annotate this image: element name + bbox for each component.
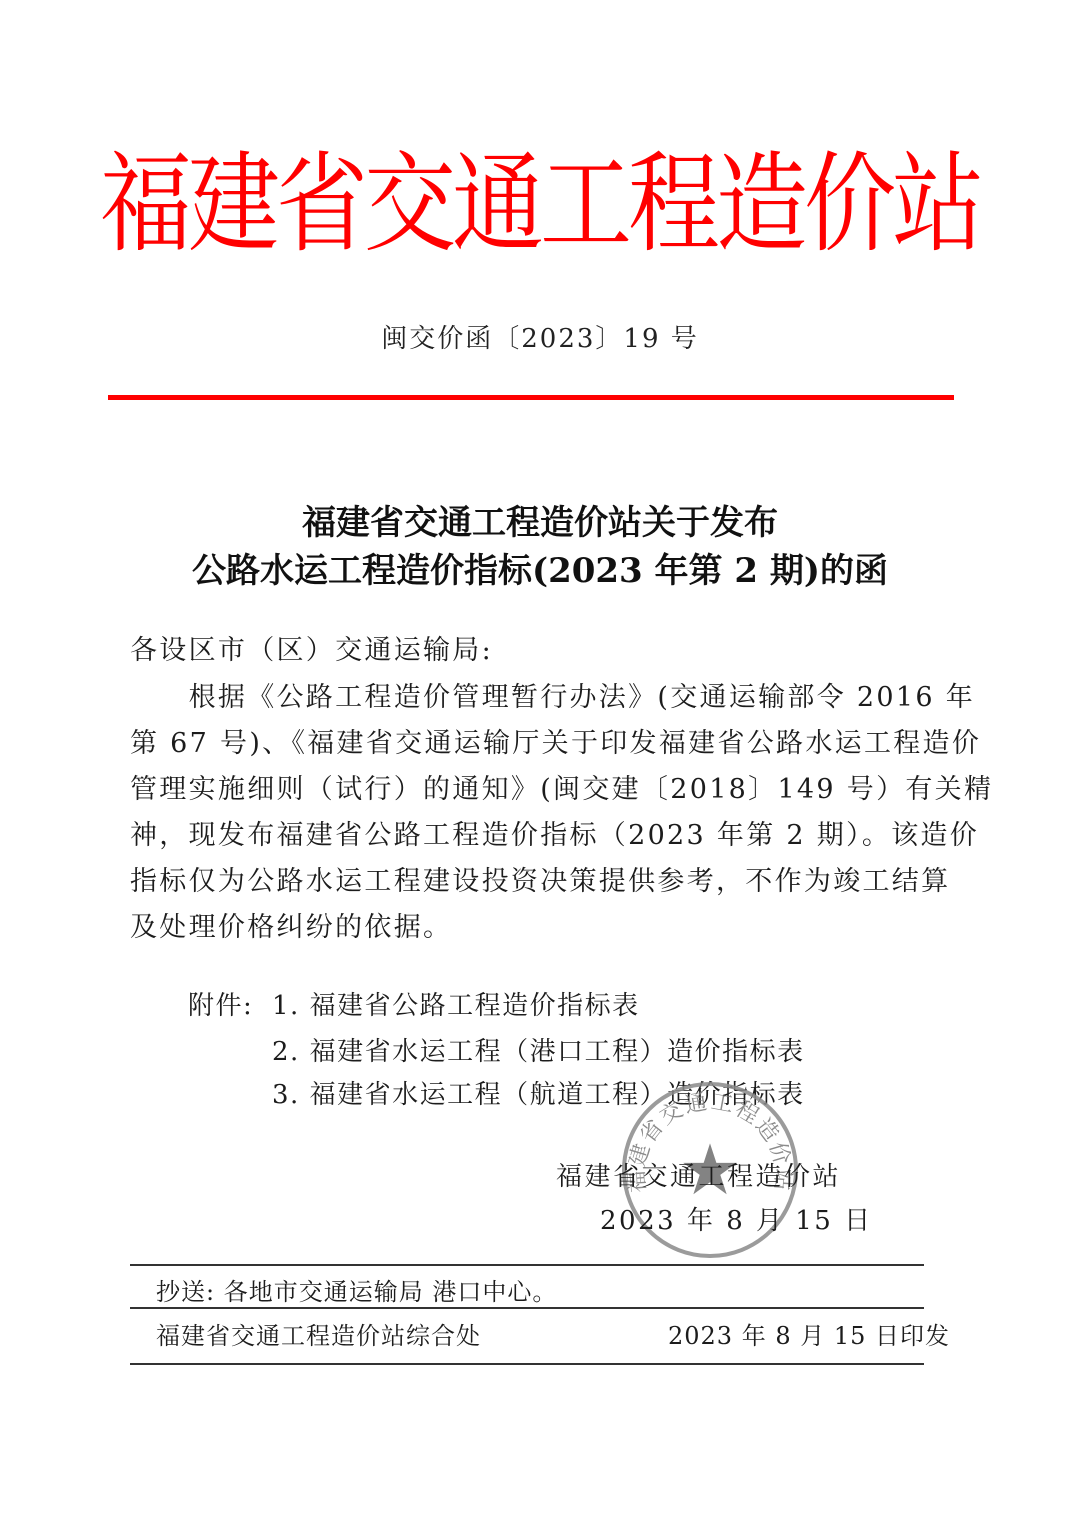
signature-org: 福建省交通工程造价站	[556, 1156, 841, 1193]
letterhead-org-name: 福建省交通工程造价站	[0, 128, 1080, 281]
body-line: 指标仅为公路水运工程建设投资决策提供参考，不作为竣工结算	[130, 859, 930, 898]
body-line: 管理实施细则（试行）的通知》(闽交建〔2018〕149 号）有关精	[130, 767, 930, 806]
cc-line: 抄送: 各地市交通运输局 港口中心。	[156, 1272, 557, 1307]
attachment-item-2: 2. 福建省水运工程（港口工程）造价指标表	[272, 1031, 805, 1068]
footer-divider-bottom	[130, 1363, 924, 1365]
body-line: 神，现发布福建省公路工程造价指标（2023 年第 2 期）。该造价	[130, 813, 930, 852]
attachments-label: 附件:	[188, 985, 253, 1022]
issue-date: 2023 年 8 月 15 日印发	[668, 1316, 950, 1351]
footer-divider-middle	[130, 1307, 924, 1309]
red-separator-rule	[108, 395, 954, 400]
document-title-line-2: 公路水运工程造价指标(2023 年第 2 期)的函	[0, 543, 1080, 592]
addressee: 各设区市（区）交通运输局:	[130, 628, 493, 667]
document-title-line-1: 福建省交通工程造价站关于发布	[0, 495, 1080, 544]
body-line: 第 67 号)、《福建省交通运输厅关于印发福建省公路水运工程造价	[130, 721, 930, 760]
footer-divider-top	[130, 1264, 924, 1266]
document-number: 闽交价函〔2023〕19 号	[0, 318, 1080, 355]
attachment-item-1: 1. 福建省公路工程造价指标表	[272, 985, 640, 1022]
issuer: 福建省交通工程造价站综合处	[156, 1316, 481, 1351]
body-line: 根据《公路工程造价管理暂行办法》(交通运输部令 2016 年	[130, 675, 930, 714]
body-line: 及处理价格纠纷的依据。	[130, 905, 930, 944]
signature-date: 2023 年 8 月 15 日	[600, 1200, 873, 1237]
